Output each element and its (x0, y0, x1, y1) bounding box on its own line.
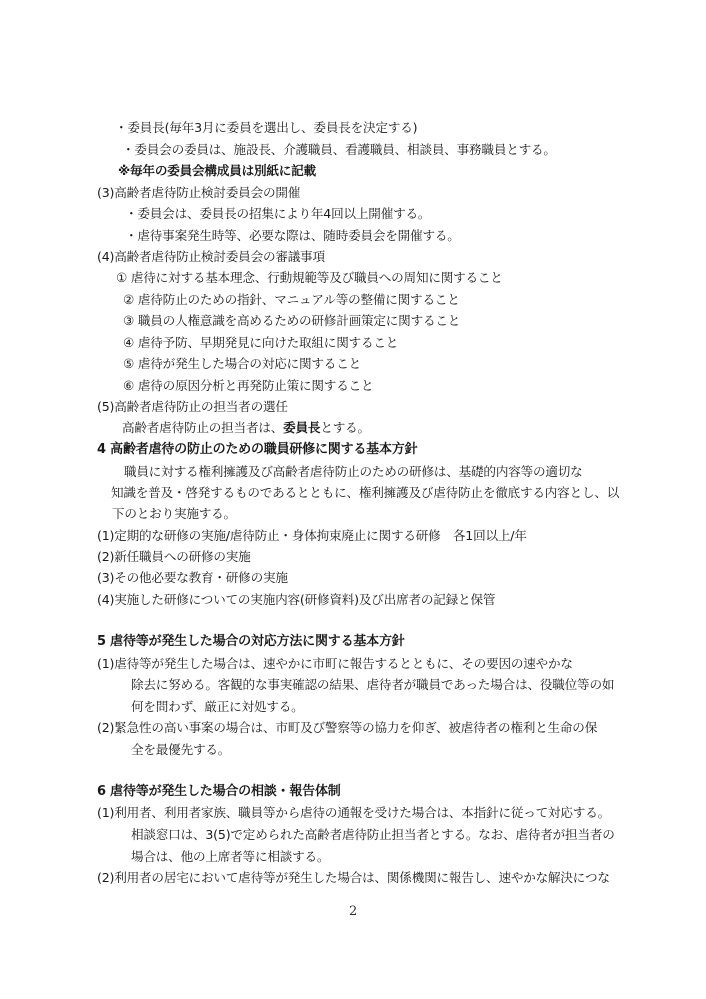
response-item-1-cont-1: 除去に努める。客観的な事実確認の結果、虐待者が職員であった場合は、役職位等の如 (131, 677, 614, 693)
response-item-1: (1)虐待等が発生した場合は、速やかに市町に報告するとともに、その要因の速やかな (97, 656, 573, 672)
officer-text-b: とする。 (320, 420, 370, 435)
agenda-item-5: ⑤ 虐待が発生した場合の対応に関すること (123, 356, 361, 372)
response-item-2-cont: 全を最優先する。 (131, 742, 230, 758)
response-item-2: (2)緊急性の高い事案の場合は、市町及び警察等の協力を仰ぎ、被虐待者の権利と生命… (97, 720, 597, 736)
section-4-heading: 4 高齢者虐待の防止のための職員研修に関する基本方針 (97, 442, 417, 458)
training-item-4: (4)実施した研修についての実施内容(研修資料)及び出席者の記録と保管 (97, 592, 495, 608)
section-4-para-3: 下のとおり実施する。 (112, 506, 236, 522)
agenda-item-6: ⑥ 虐待の原因分析と再発防止策に関すること (123, 378, 373, 394)
committee-meeting-line: ・委員会は、委員長の招集により年4回以上開催する。 (125, 206, 430, 222)
agenda-item-1: ① 虐待に対する基本理念、行動規範等及び職員への周知に関すること (116, 270, 503, 286)
report-item-1-cont-2: 場合は、他の上席者等に相談する。 (131, 849, 329, 865)
section-6-heading: 6 虐待等が発生した場合の相談・報告体制 (97, 784, 341, 800)
committee-chair-line: ・委員長(毎年3月に委員を選出し、委員長を決定する) (115, 120, 417, 136)
section-3-4-heading: (4)高齢者虐待防止検討委員会の審議事項 (97, 249, 325, 265)
agenda-item-3: ③ 職員の人権意識を高めるための研修計画策定に関すること (123, 313, 460, 329)
agenda-item-2: ② 虐待防止のための指針、マニュアル等の整備に関すること (123, 292, 460, 308)
training-item-2: (2)新任職員への研修の実施 (97, 549, 251, 565)
training-item-1: (1)定期的な研修の実施/虐待防止・身体拘束廃止に関する研修 各1回以上/年 (97, 528, 527, 544)
section-3-5-heading: (5)高齢者虐待防止の担当者の選任 (97, 399, 288, 415)
section-5-heading: 5 虐待等が発生した場合の対応方法に関する基本方針 (97, 634, 405, 650)
committee-members-line: ・委員会の委員は、施設長、介護職員、看護職員、相談員、事務職員とする。 (122, 142, 556, 158)
committee-adhoc-line: ・虐待事案発生時等、必要な際は、随時委員会を開催する。 (125, 228, 460, 244)
response-item-1-cont-2: 何を問わず、厳正に対処する。 (131, 699, 304, 715)
officer-role: 委員長 (283, 420, 320, 435)
section-4-para-1: 職員に対する権利擁護及び高齢者虐待防止のための研修は、基礎的内容等の適切な (124, 464, 583, 480)
officer-line: 高齢者虐待防止の担当者は、委員長とする。 (122, 420, 370, 436)
section-4-para-2: 知識を普及・啓発するものであるとともに、権利擁護及び虐待防止を徹底する内容とし、… (111, 485, 619, 501)
report-item-2: (2)利用者の居宅において虐待等が発生した場合は、関係機関に報告し、速やかな解決… (97, 870, 610, 886)
page-number: 2 (349, 904, 357, 919)
agenda-item-4: ④ 虐待予防、早期発見に向けた取組に関すること (123, 335, 398, 351)
report-item-1-cont-1: 相談窓口は、3(5)で定められた高齢者虐待防止担当者とする。なお、虐待者が担当者… (131, 827, 615, 843)
training-item-3: (3)その他必要な教育・研修の実施 (97, 570, 288, 586)
committee-note: ※毎年の委員会構成員は別紙に記載 (118, 163, 316, 179)
officer-text-a: 高齢者虐待防止の担当者は、 (122, 420, 283, 435)
report-item-1: (1)利用者、利用者家族、職員等から虐待の通報を受けた場合は、本指針に従って対応… (97, 805, 610, 821)
section-3-3-heading: (3)高齢者虐待防止検討委員会の開催 (97, 185, 300, 201)
